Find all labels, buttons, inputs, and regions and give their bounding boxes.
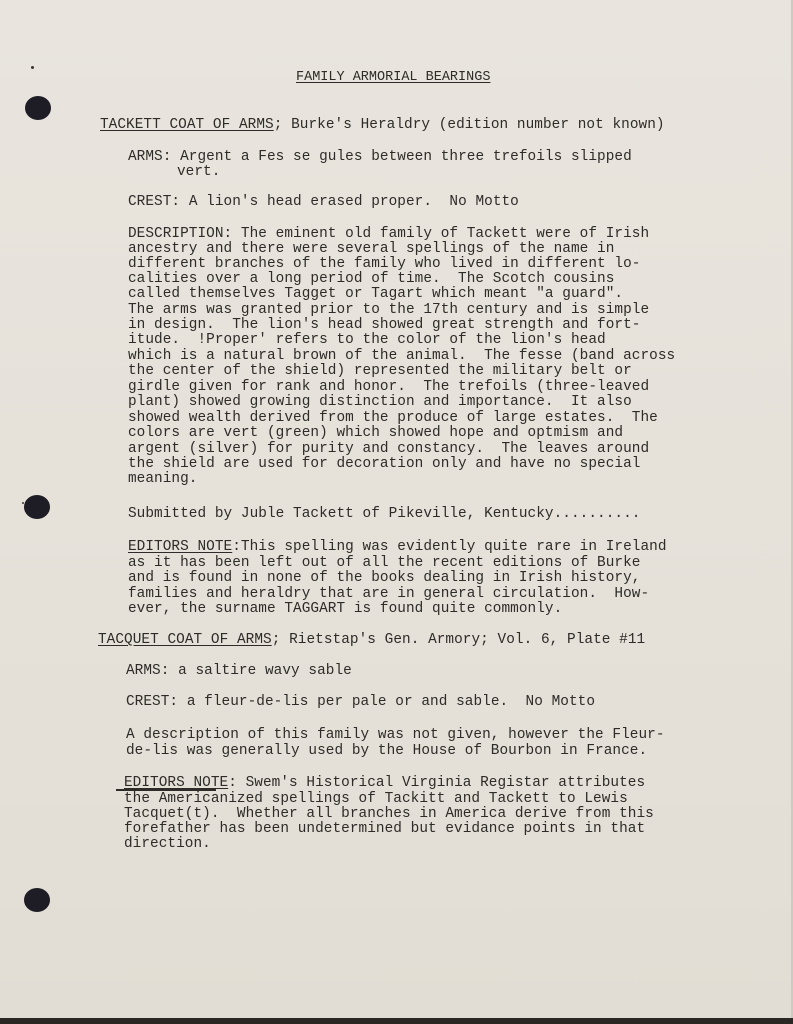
editors-note-line: forefather has been undetermined but evi…	[124, 822, 645, 837]
submitted-by: Submitted by Juble Tackett of Pikeville,…	[128, 507, 640, 522]
description-line: The arms was granted prior to the 17th c…	[128, 303, 649, 318]
page-bottom-edge	[0, 1018, 793, 1024]
crest-line: CREST: a fleur-de-lis per pale or and sa…	[126, 695, 595, 710]
description-line: ancestry and there were several spelling…	[128, 242, 614, 257]
punch-hole-bottom	[24, 888, 50, 912]
editors-note-line: EDITORS NOTE:This spelling was evidently…	[128, 540, 667, 555]
description-line: colors are vert (green) which showed hop…	[128, 426, 623, 441]
description-line: DESCRIPTION: The eminent old family of T…	[128, 227, 649, 242]
arms-line: ARMS: a saltire wavy sable	[126, 664, 352, 679]
description-line: itude. !Proper' refers to the color of t…	[128, 333, 606, 348]
paper-speck	[31, 66, 34, 69]
arms-text: Argent a Fes se gules between three tref…	[180, 149, 632, 165]
section-heading: TACQUET COAT OF ARMS	[98, 632, 272, 648]
description-line: argent (silver) for purity and constancy…	[128, 442, 649, 457]
section-source: ; Burke's Heraldry (edition number not k…	[274, 117, 665, 133]
description-line: plant) showed growing distinction and im…	[128, 395, 632, 410]
editors-note-line: families and heraldry that are in genera…	[128, 587, 649, 602]
crest-label: CREST:	[126, 694, 178, 710]
document-title: FAMILY ARMORIAL BEARINGS	[296, 70, 490, 85]
description-line: meaning.	[128, 472, 198, 487]
arms-line: ARMS: Argent a Fes se gules between thre…	[128, 150, 632, 165]
description-line: the shield are used for decoration only …	[128, 457, 640, 472]
editors-note-line: as it has been left out of all the recen…	[128, 556, 640, 571]
description-line: calities over a long period of time. The…	[128, 272, 614, 287]
description-line: girdle given for rank and honor. The tre…	[128, 380, 649, 395]
punch-hole-top	[25, 96, 51, 120]
description-line: which is a natural brown of the animal. …	[128, 349, 675, 364]
description-line: A description of this family was not giv…	[126, 728, 665, 743]
crest-text: a fleur-de-lis per pale or and sable. No…	[187, 694, 595, 710]
arms-text: a saltire wavy sable	[178, 663, 352, 679]
description-line: different branches of the family who liv…	[128, 257, 640, 272]
editors-note-text: : Swem's Historical Virginia Registar at…	[228, 775, 645, 791]
editors-note-line: direction.	[124, 837, 211, 852]
arms-label: ARMS:	[128, 149, 171, 165]
description-line: the center of the shield) represented th…	[128, 364, 632, 379]
editors-note-line: and is found in none of the books dealin…	[128, 571, 640, 586]
section-heading-line: TACQUET COAT OF ARMS; Rietstap's Gen. Ar…	[98, 633, 645, 648]
crest-line: CREST: A lion's head erased proper. No M…	[128, 195, 519, 210]
arms-label: ARMS:	[126, 663, 169, 679]
punch-hole-middle	[24, 495, 50, 519]
section-heading-line: TACKETT COAT OF ARMS; Burke's Heraldry (…	[100, 118, 665, 133]
editors-note-line: the Americanized spellings of Tackitt an…	[124, 792, 628, 807]
description-line: in design. The lion's head showed great …	[128, 318, 640, 333]
section-source: ; Rietstap's Gen. Armory; Vol. 6, Plate …	[272, 632, 646, 648]
crest-label: CREST:	[128, 194, 180, 210]
paper-speck	[22, 502, 24, 504]
editors-note-line: ever, the surname TAGGART is found quite…	[128, 602, 562, 617]
crest-text: A lion's head erased proper. No Motto	[189, 194, 519, 210]
description-line: called themselves Tagget or Tagart which…	[128, 287, 623, 302]
description-line: de-lis was generally used by the House o…	[126, 744, 647, 759]
section-heading: TACKETT COAT OF ARMS	[100, 117, 274, 133]
description-line: showed wealth derived from the produce o…	[128, 411, 658, 426]
editors-note-line: Tacquet(t). Whether all branches in Amer…	[124, 807, 654, 822]
editors-note-text: :This spelling was evidently quite rare …	[232, 539, 666, 555]
arms-text-cont: vert.	[177, 165, 220, 180]
editors-note-label: EDITORS NOTE	[128, 539, 232, 555]
